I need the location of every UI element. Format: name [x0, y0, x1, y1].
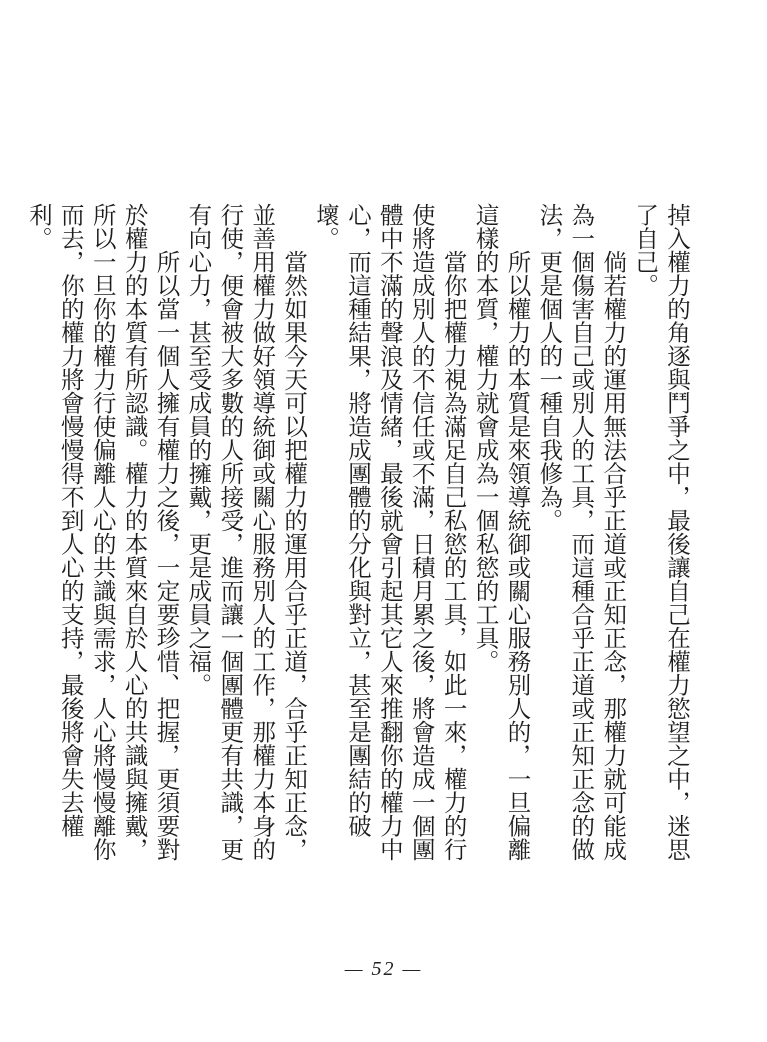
paragraph: 掉入權力的角逐與鬥爭之中，最後讓自己在權力慾望之中，迷思了自己。: [627, 203, 691, 869]
paragraph: 所以當一個人擁有權力之後，一定要珍惜、把握，更須要對於權力的本質有所認識。權力的…: [21, 203, 181, 869]
body-text: 掉入權力的角逐與鬥爭之中，最後讓自己在權力慾望之中，迷思了自己。 倘若權力的運用…: [21, 203, 691, 869]
paragraph: 當你把權力視為滿足自己私慾的工具，如此一來，權力的行使將造成別人的不信任或不滿，…: [308, 203, 468, 869]
paragraph: 所以權力的本質是來領導統御或關心服務別人的，一旦偏離這樣的本質，權力就會成為一個…: [468, 203, 532, 869]
paragraph: 倘若權力的運用無法合乎正道或正知正念，那權力就可能成為一個傷害自己或別人的工具，…: [531, 203, 627, 869]
page-number: — 52 —: [0, 958, 767, 981]
paragraph: 當然如果今天可以把權力的運用合乎正道，合乎正知正念，並善用權力做好領導統御或關心…: [181, 203, 309, 869]
book-page: 掉入權力的角逐與鬥爭之中，最後讓自己在權力慾望之中，迷思了自己。 倘若權力的運用…: [0, 0, 767, 1042]
